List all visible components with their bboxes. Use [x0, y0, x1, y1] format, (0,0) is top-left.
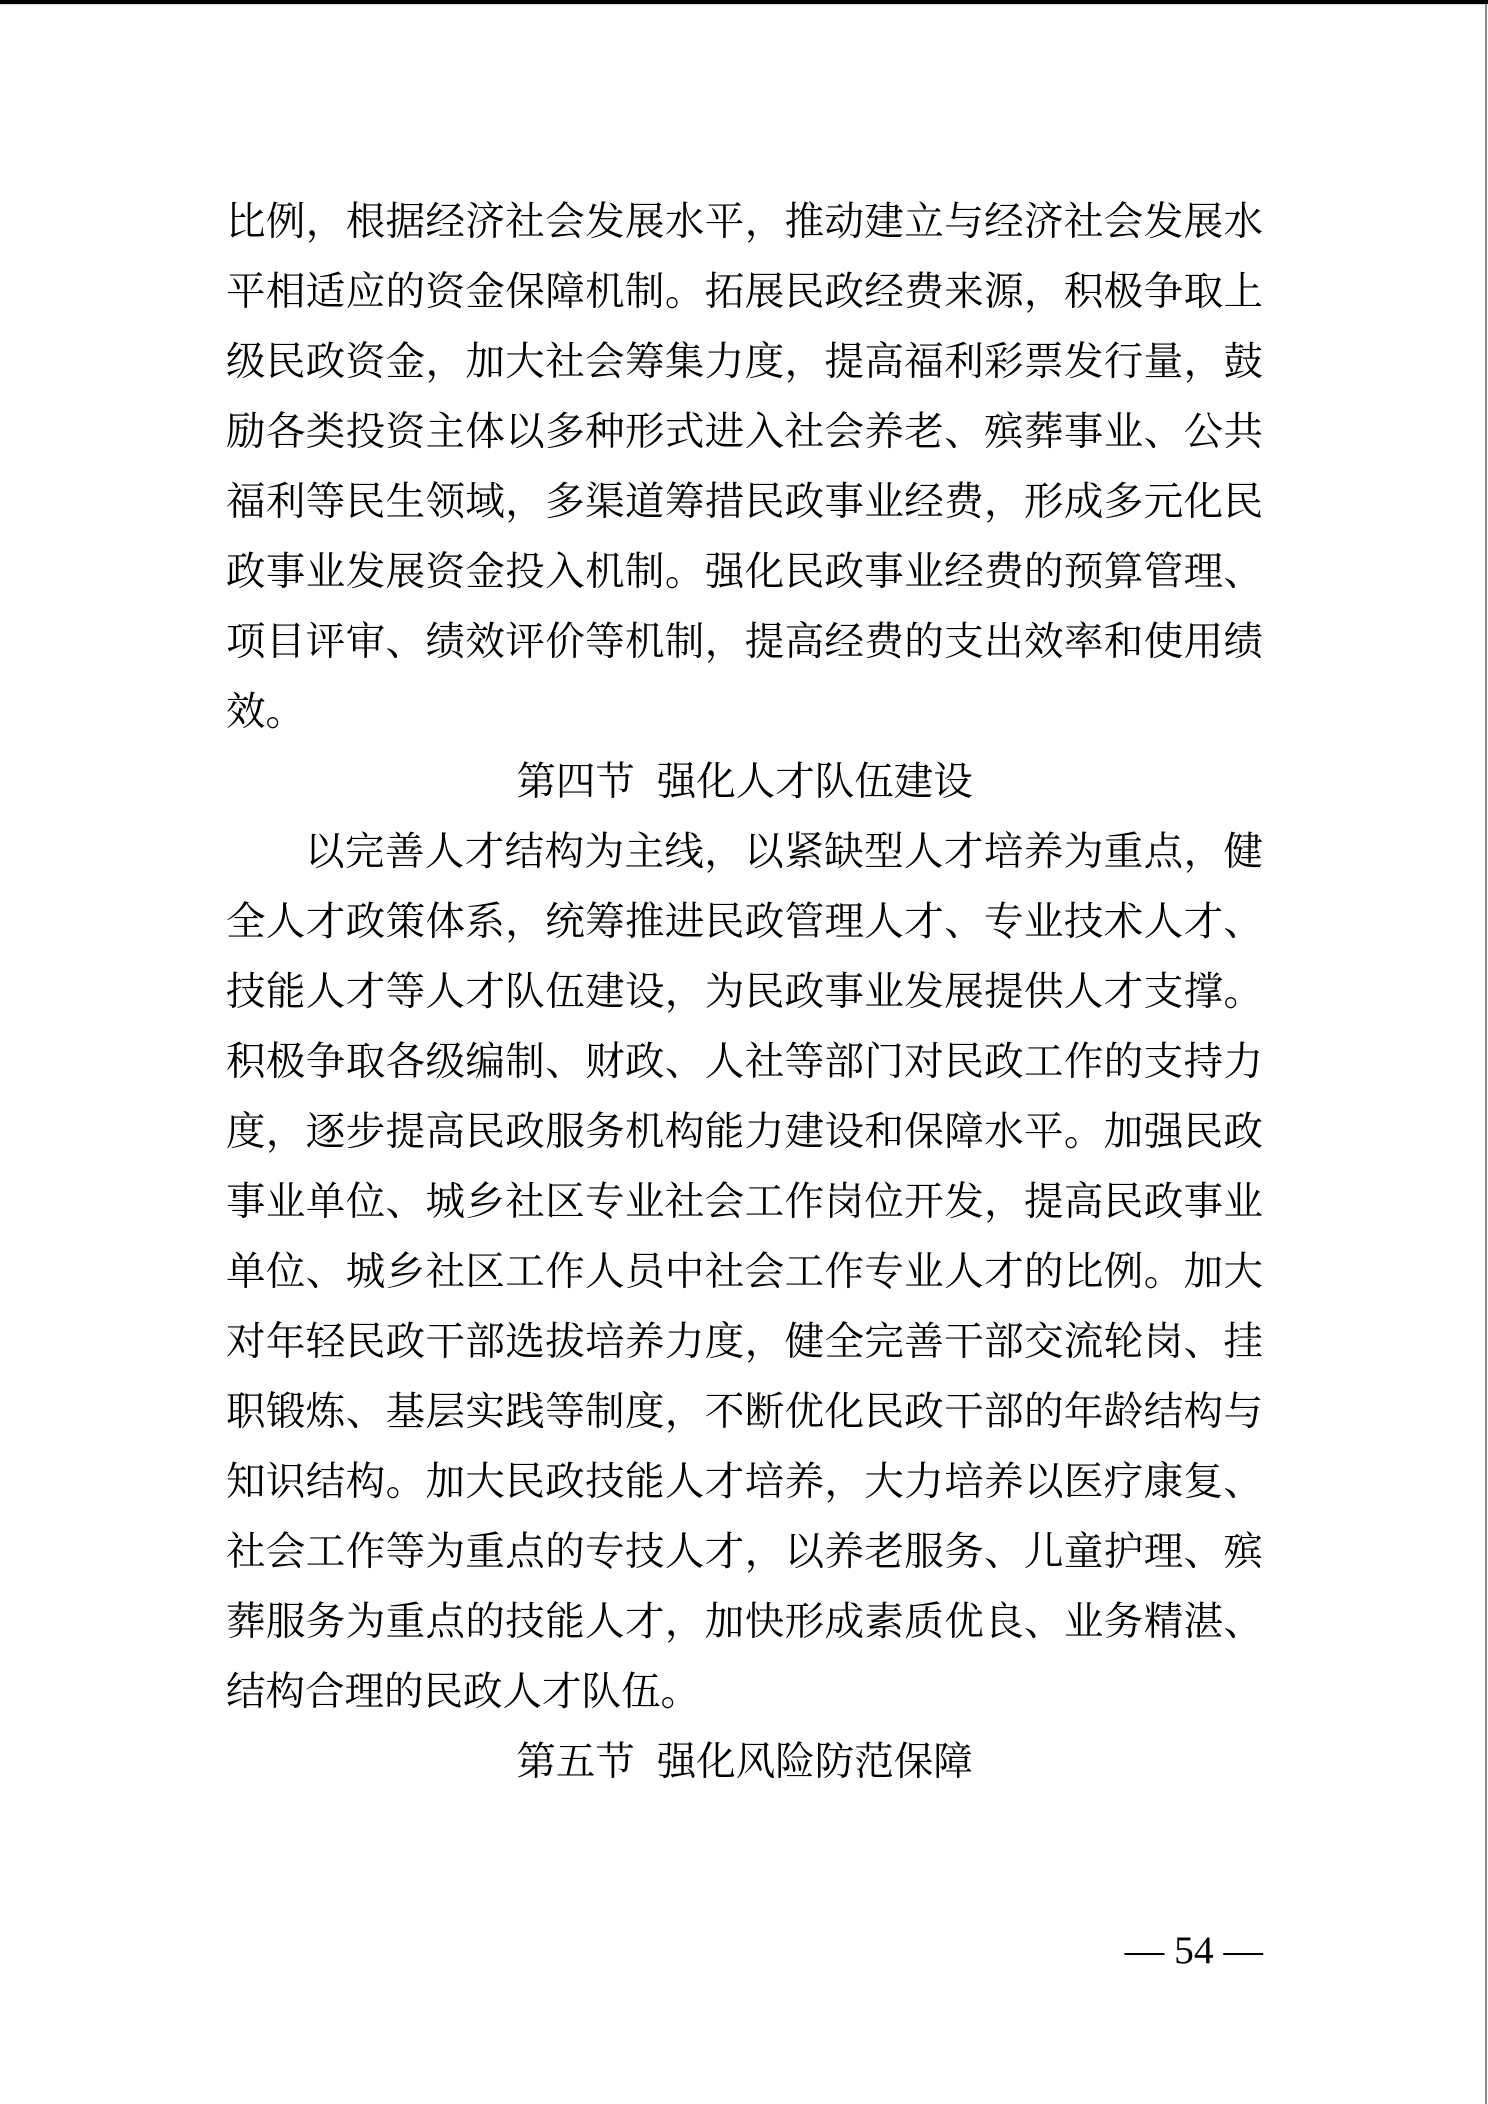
top-border	[0, 0, 1488, 5]
text-line: 单位、城乡社区工作人员中社会工作专业人才的比例。加大	[226, 1237, 1263, 1307]
section-heading: 第四节 强化人才队伍建设	[226, 747, 1263, 817]
page-number: — 54 —	[226, 1915, 1263, 1985]
text-line: 励各类投资主体以多种形式进入社会养老、殡葬事业、公共	[226, 397, 1263, 467]
text-line: 效。	[226, 677, 1263, 747]
text-line: 结构合理的民政人才队伍。	[226, 1657, 1263, 1727]
right-border	[1485, 4, 1487, 2104]
text-line: 全人才政策体系，统筹推进民政管理人才、专业技术人才、	[226, 887, 1263, 957]
text-line: 积极争取各级编制、财政、人社等部门对民政工作的支持力	[226, 1027, 1263, 1097]
text-line: 葬服务为重点的技能人才，加快形成素质优良、业务精湛、	[226, 1587, 1263, 1657]
text-line: 政事业发展资金投入机制。强化民政事业经费的预算管理、	[226, 537, 1263, 607]
text-line: 项目评审、绩效评价等机制，提高经费的支出效率和使用绩	[226, 607, 1263, 677]
text-block: 比例，根据经济社会发展水平，推动建立与经济社会发展水平相适应的资金保障机制。拓展…	[226, 187, 1263, 1797]
text-line: 度，逐步提高民政服务机构能力建设和保障水平。加强民政	[226, 1097, 1263, 1167]
text-line: 知识结构。加大民政技能人才培养，大力培养以医疗康复、	[226, 1447, 1263, 1517]
text-line: 事业单位、城乡社区专业社会工作岗位开发，提高民政事业	[226, 1167, 1263, 1237]
text-line: 对年轻民政干部选拔培养力度，健全完善干部交流轮岗、挂	[226, 1307, 1263, 1377]
text-line: 以完善人才结构为主线，以紧缺型人才培养为重点，健	[226, 817, 1263, 887]
text-line: 社会工作等为重点的专技人才，以养老服务、儿童护理、殡	[226, 1517, 1263, 1587]
document-page: 比例，根据经济社会发展水平，推动建立与经济社会发展水平相适应的资金保障机制。拓展…	[0, 0, 1488, 2104]
text-line: 福利等民生领域，多渠道筹措民政事业经费，形成多元化民	[226, 467, 1263, 537]
section-heading: 第五节 强化风险防范保障	[226, 1727, 1263, 1797]
text-line: 技能人才等人才队伍建设，为民政事业发展提供人才支撑。	[226, 957, 1263, 1027]
text-line: 职锻炼、基层实践等制度，不断优化民政干部的年龄结构与	[226, 1377, 1263, 1447]
text-line: 比例，根据经济社会发展水平，推动建立与经济社会发展水	[226, 187, 1263, 257]
text-line: 平相适应的资金保障机制。拓展民政经费来源，积极争取上	[226, 257, 1263, 327]
text-line: 级民政资金，加大社会筹集力度，提高福利彩票发行量，鼓	[226, 327, 1263, 397]
